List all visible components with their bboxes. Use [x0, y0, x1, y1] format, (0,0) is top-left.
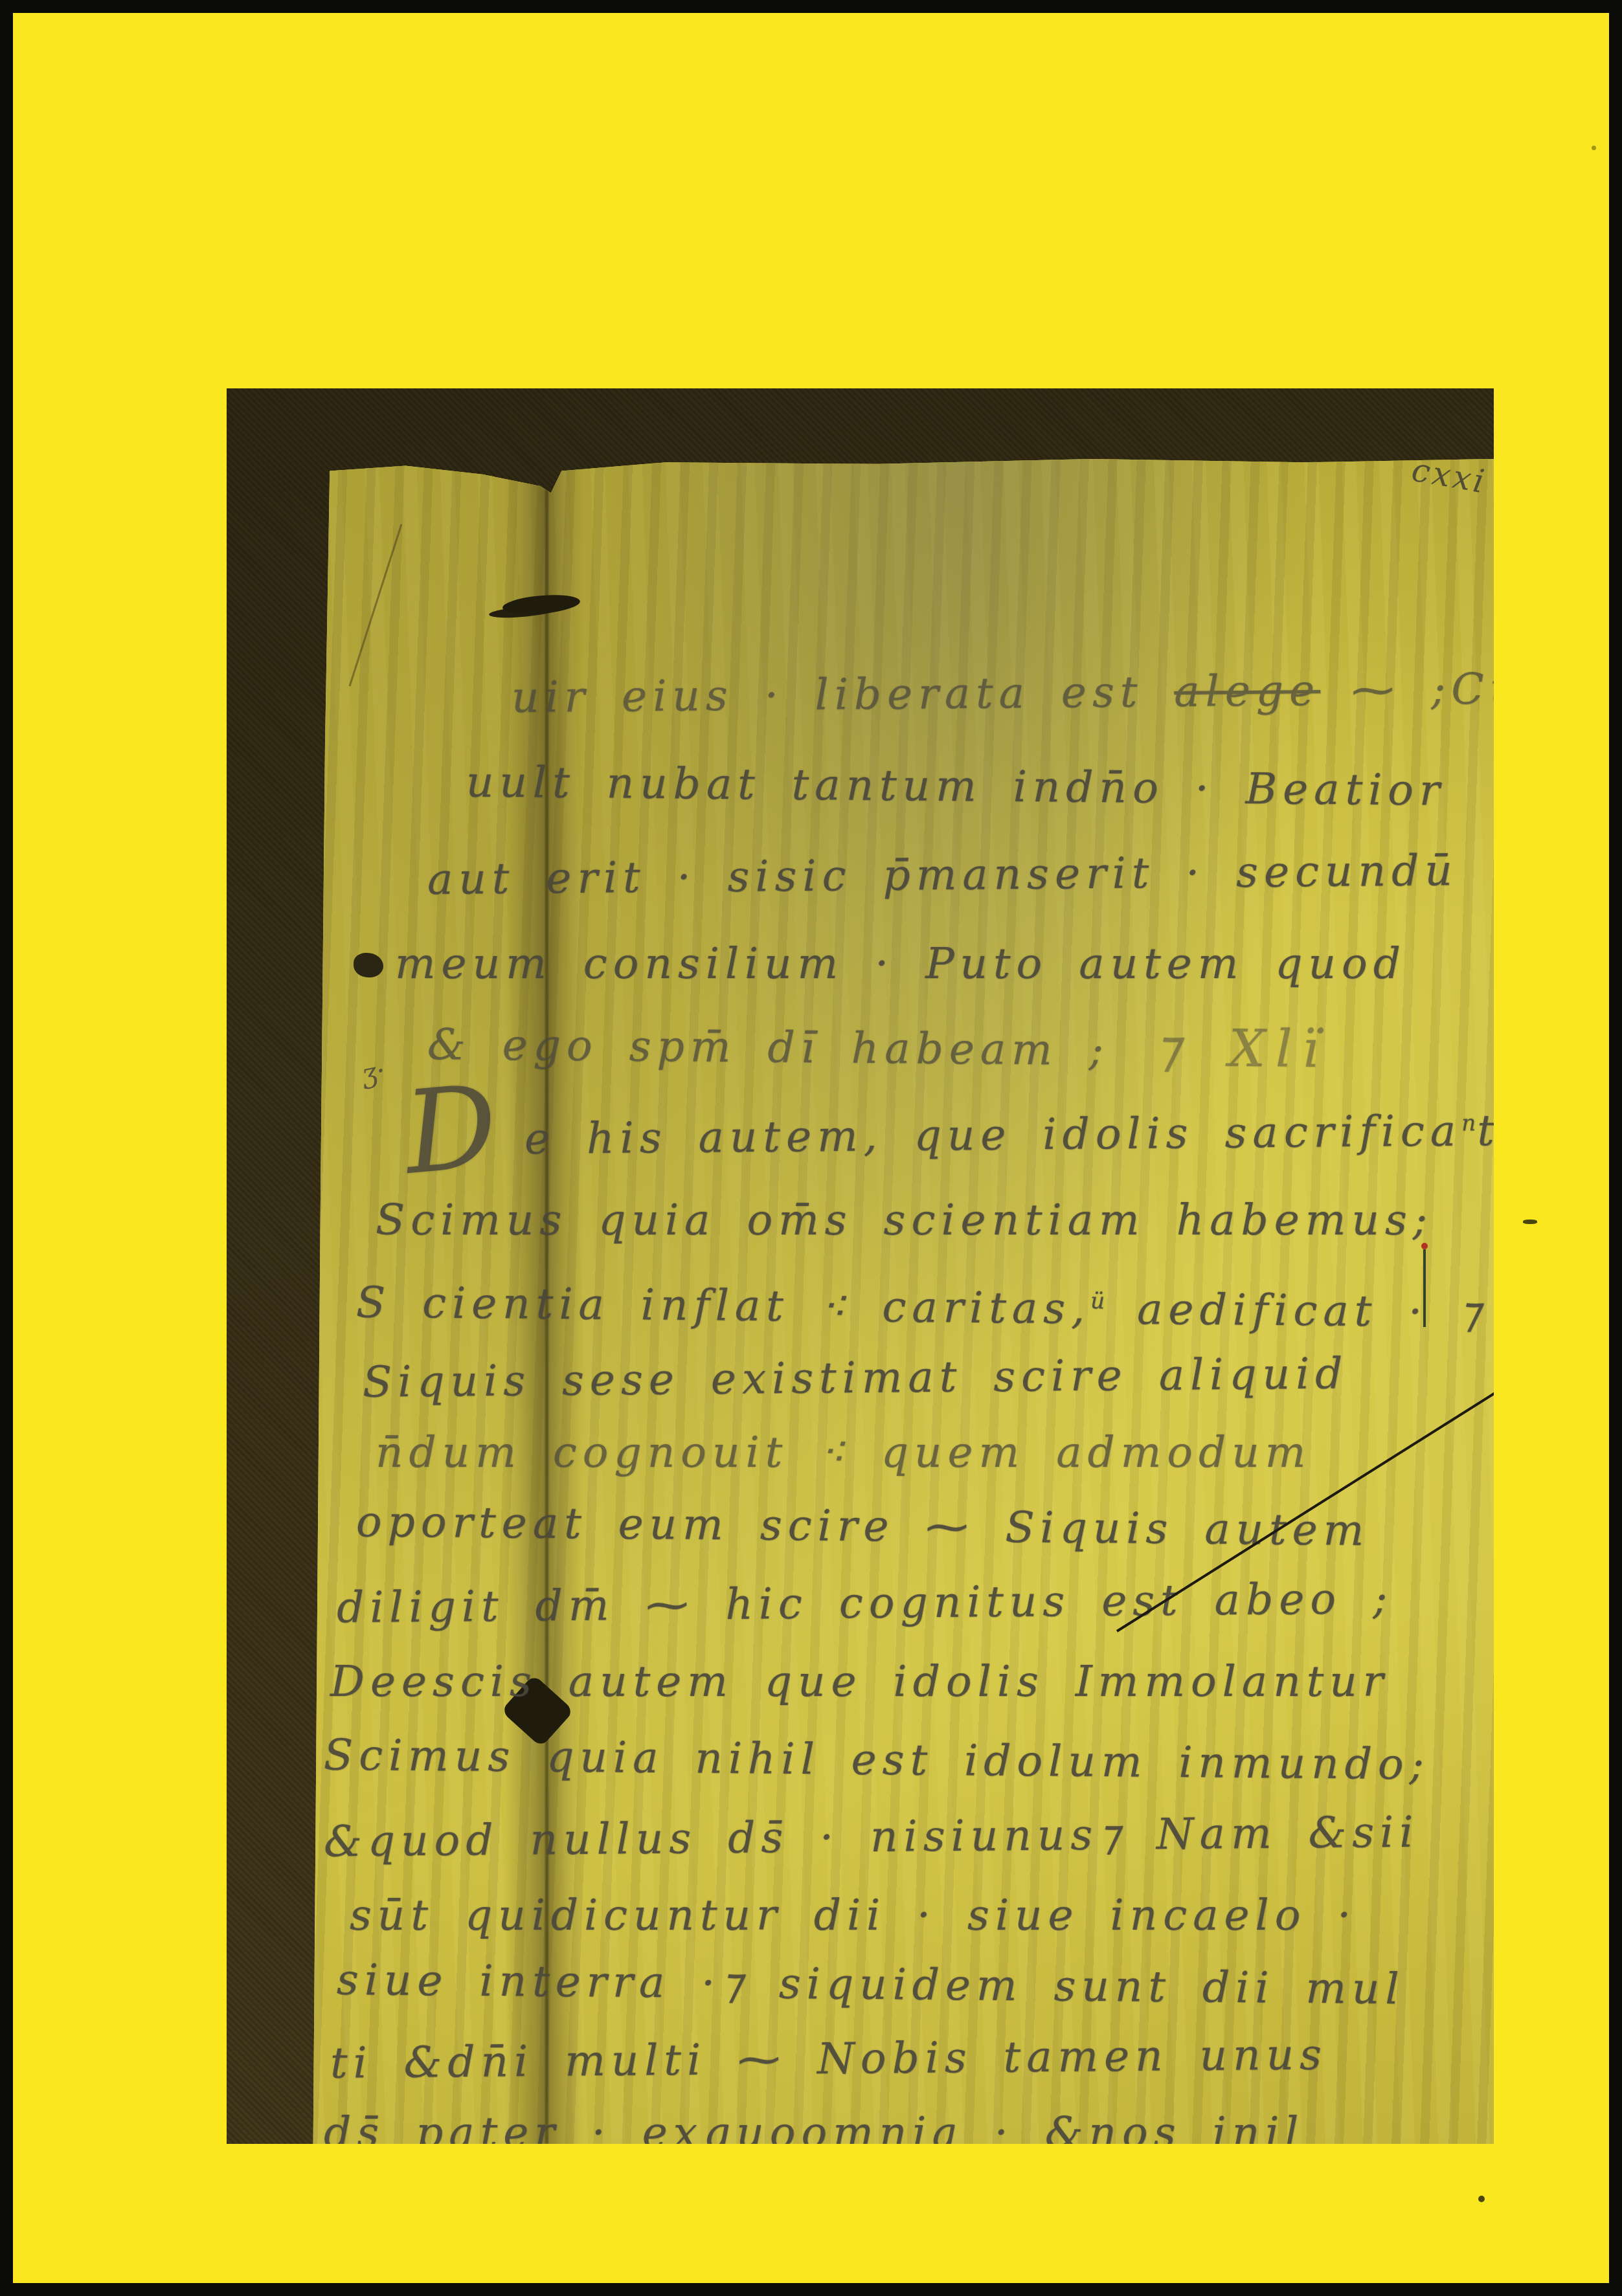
scratch-and-crease-overlay — [227, 388, 1494, 2144]
photocopy-page: cxxi ʒ· D uir eius · liberata est alege … — [0, 0, 1622, 2296]
toner-speck — [1523, 1220, 1537, 1224]
photographed-area: cxxi ʒ· D uir eius · liberata est alege … — [227, 388, 1494, 2144]
corner-crease-line — [350, 524, 401, 686]
toner-speck — [1592, 146, 1596, 150]
margin-scratch-red-tip — [1421, 1243, 1428, 1249]
diagonal-pen-scratch — [1117, 1390, 1494, 1631]
toner-speck — [1478, 2196, 1485, 2202]
